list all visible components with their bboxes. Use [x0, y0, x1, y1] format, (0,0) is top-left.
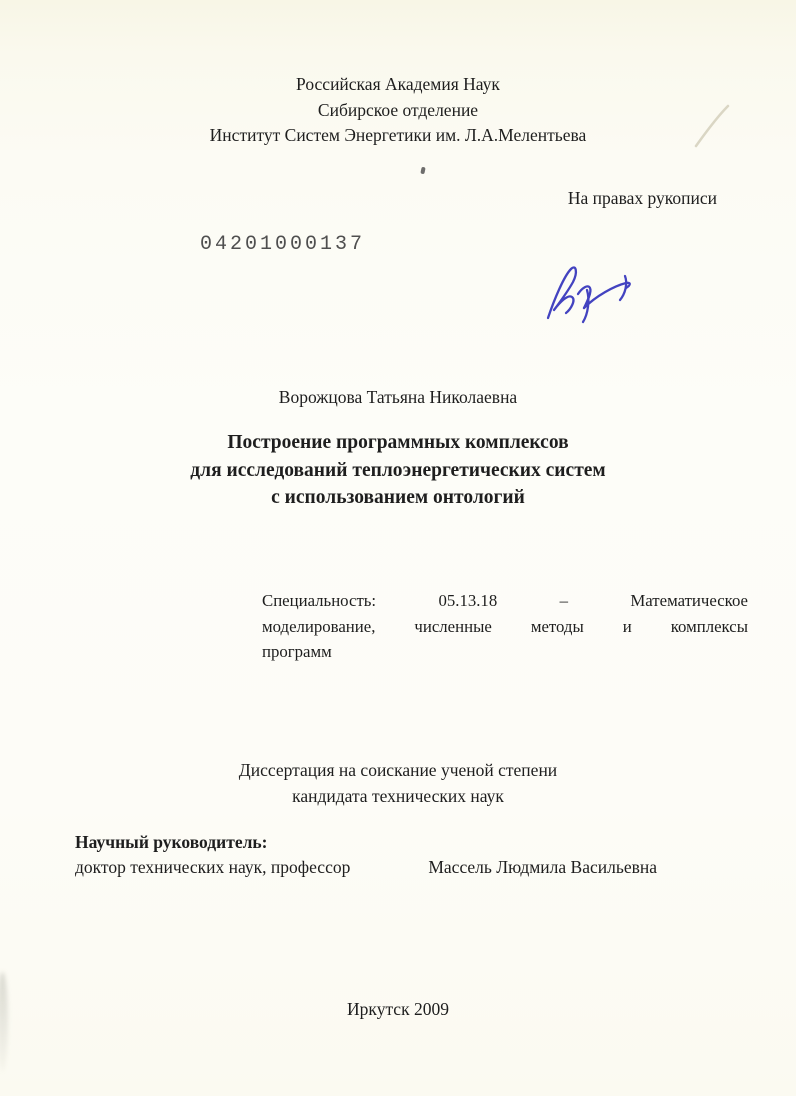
- supervisor-label: Научный руководитель:: [75, 832, 657, 853]
- pencil-mark-artifact: [692, 100, 734, 152]
- supervisor-name: Массель Людмила Васильевна: [428, 857, 657, 878]
- dissertation-line-2: кандидата технических наук: [0, 783, 796, 809]
- signature-ink: [538, 256, 638, 330]
- pencil-stroke: [692, 100, 734, 152]
- specialty-paragraph: Специальность: 05.13.18 – Математическое…: [262, 588, 748, 665]
- title-line-2: для исследований теплоэнергетических сис…: [0, 457, 796, 485]
- title-line-3: с использованием онтологий: [0, 484, 796, 512]
- city-year: Иркутск 2009: [0, 999, 796, 1020]
- dissertation-line-1: Диссертация на соискание ученой степени: [0, 757, 796, 783]
- registration-number: 04201000137: [200, 233, 365, 256]
- title-line-1: Построение программных комплексов: [0, 429, 796, 457]
- specialty-line-2: моделирование, численные методы и компле…: [262, 614, 748, 640]
- institute-line: Институт Систем Энергетики им. Л.А.Мелен…: [0, 123, 796, 149]
- supervisor-degree: доктор технических наук, профессор: [75, 857, 350, 878]
- institution-header: Российская Академия Наук Сибирское отдел…: [0, 72, 796, 149]
- manuscript-rights-note: На правах рукописи: [568, 188, 717, 209]
- specialty-line-3: программ: [262, 639, 748, 665]
- supervisor-section: Научный руководитель: доктор технических…: [75, 832, 657, 878]
- academy-line: Российская Академия Наук: [0, 72, 796, 98]
- ink-speck-artifact: [420, 167, 425, 175]
- specialty-line-1: Специальность: 05.13.18 – Математическое: [262, 588, 748, 614]
- branch-line: Сибирское отделение: [0, 98, 796, 124]
- supervisor-row: доктор технических наук, профессор Массе…: [75, 857, 657, 878]
- dissertation-statement: Диссертация на соискание ученой степени …: [0, 757, 796, 809]
- scan-smudge-artifact: [0, 972, 8, 1072]
- signature-ink-strokes: [538, 256, 638, 330]
- author-name: Ворожцова Татьяна Николаевна: [0, 387, 796, 408]
- dissertation-title: Построение программных комплексов для ис…: [0, 429, 796, 512]
- dissertation-title-page: Российская Академия Наук Сибирское отдел…: [0, 0, 796, 1096]
